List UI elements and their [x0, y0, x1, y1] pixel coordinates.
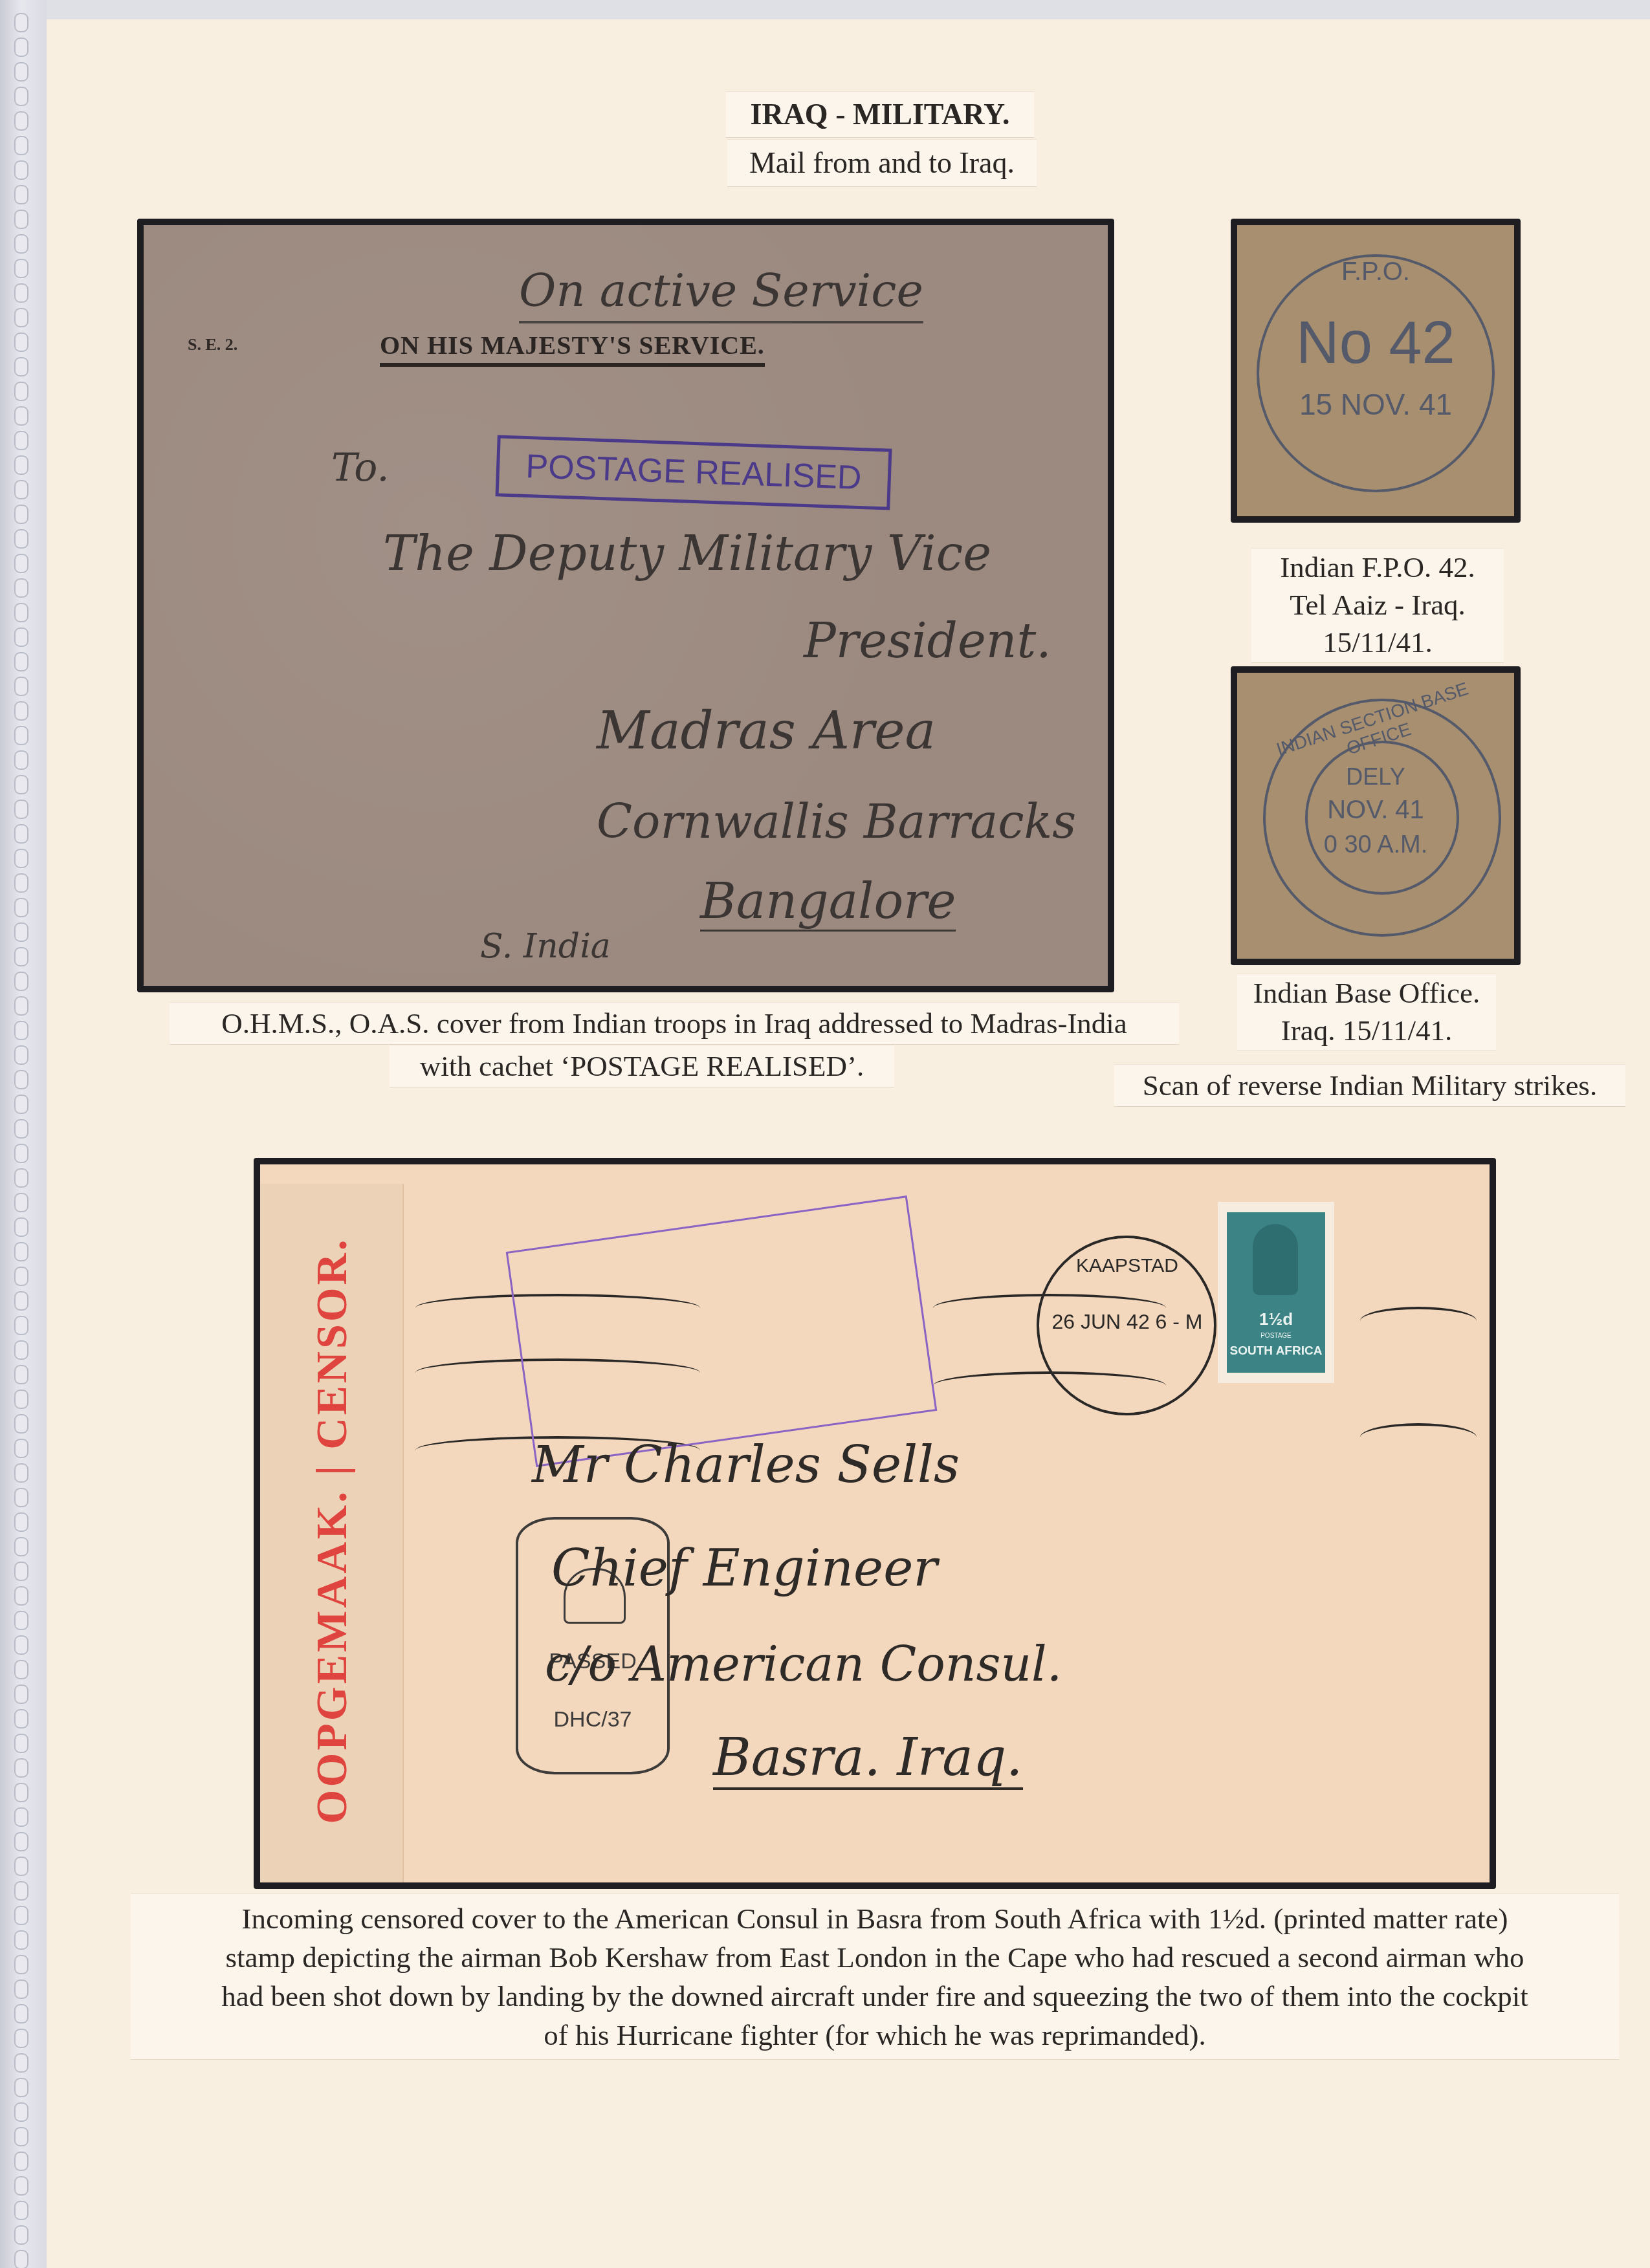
binder-hole	[14, 1021, 28, 1040]
cover1-address-line: Cornwallis Barracks	[597, 794, 1076, 849]
binder-hole	[14, 554, 28, 573]
binder-hole	[14, 996, 28, 1016]
binder-hole	[14, 38, 28, 57]
strikes-note: Scan of reverse Indian Military strikes.	[1114, 1065, 1625, 1106]
binder-hole	[14, 1783, 28, 1802]
binder-hole	[14, 2029, 28, 2048]
stamp-value: 1½d	[1227, 1309, 1325, 1329]
binder-hole	[14, 1832, 28, 1851]
binder-hole	[14, 2250, 28, 2268]
binder-hole	[14, 283, 28, 303]
binder-hole	[14, 1881, 28, 1901]
violet-censor-handstamp	[506, 1195, 938, 1467]
binder-hole	[14, 1144, 28, 1163]
binder-hole	[14, 1316, 28, 1335]
binder-hole	[14, 603, 28, 622]
cover1-ohms-heading: ON HIS MAJESTY'S SERVICE.	[380, 330, 765, 367]
stamp-postage-label: POSTAGE	[1227, 1333, 1325, 1340]
binder-hole	[14, 1070, 28, 1089]
binder-hole	[14, 480, 28, 499]
cover1-form-code: S. E. 2.	[188, 335, 237, 354]
binder-hole	[14, 1562, 28, 1581]
strike2-postmark-date: NOV. 41	[1237, 796, 1514, 825]
binder-hole	[14, 333, 28, 352]
cancel-wave-line	[1360, 1307, 1477, 1335]
binder-hole	[14, 382, 28, 401]
binder-hole	[14, 1685, 28, 1704]
binder-hole	[14, 1340, 28, 1360]
strike2-caption: Indian Base Office. Iraq. 15/11/41.	[1237, 974, 1496, 1051]
binder-hole	[14, 210, 28, 229]
binder-hole	[14, 1660, 28, 1679]
cover1-address-line: The Deputy Military Vice	[383, 526, 991, 582]
binder-hole	[14, 1537, 28, 1556]
cover1-address-line: S. India	[480, 927, 611, 966]
binder-hole	[14, 406, 28, 426]
binder-hole	[14, 1611, 28, 1630]
binder-hole	[14, 505, 28, 524]
binder-hole	[14, 1709, 28, 1728]
page-title-label: IRAQ - MILITARY.	[726, 92, 1034, 137]
binder-hole	[14, 2004, 28, 2023]
binder-hole	[14, 677, 28, 696]
binder-hole	[14, 1488, 28, 1507]
binder-hole	[14, 160, 28, 180]
binder-strip	[0, 0, 47, 2268]
cover1-mount: On active Service S. E. 2. ON HIS MAJEST…	[137, 219, 1114, 992]
binder-hole	[14, 2176, 28, 2196]
binder-hole	[14, 2053, 28, 2073]
binder-hole	[14, 1906, 28, 1925]
binder-hole	[14, 1390, 28, 1409]
stamp-country: SOUTH AFRICA	[1227, 1344, 1325, 1358]
binder-hole	[14, 1365, 28, 1384]
binder-hole	[14, 800, 28, 819]
cover1-caption-line2: with cachet ‘POSTAGE REALISED’.	[390, 1045, 894, 1087]
binder-hole	[14, 455, 28, 475]
binder-hole	[14, 1586, 28, 1606]
binder-hole	[14, 431, 28, 450]
binder-hole	[14, 1193, 28, 1212]
strike2-mount: INDIAN SECTION BASE OFFICE DELY NOV. 41 …	[1231, 666, 1521, 965]
binder-hole	[14, 1267, 28, 1286]
binder-hole	[14, 873, 28, 893]
binder-hole	[14, 2078, 28, 2097]
binder-hole	[14, 922, 28, 942]
strike1-postmark-number: No 42	[1237, 309, 1514, 377]
binder-hole	[14, 1979, 28, 1999]
binder-hole	[14, 578, 28, 598]
binder-hole	[14, 652, 28, 671]
binder-hole	[14, 726, 28, 745]
page-subtitle: Mail from and to Iraq.	[727, 140, 1037, 186]
binder-hole	[14, 775, 28, 794]
binder-hole	[14, 1857, 28, 1876]
binder-hole	[14, 947, 28, 966]
strike1-caption: Indian F.P.O. 42. Tel Aaiz - Iraq. 15/11…	[1251, 549, 1504, 662]
binder-hole	[14, 62, 28, 82]
binder-hole	[14, 849, 28, 868]
binder-hole	[14, 185, 28, 204]
censor-tape: OOPGEMAAK. | CENSOR.	[260, 1184, 404, 1882]
page-title: IRAQ - MILITARY.	[726, 92, 1034, 137]
cover1-address-to: To.	[331, 445, 390, 490]
binder-hole	[14, 2152, 28, 2171]
binder-hole	[14, 234, 28, 254]
cover1-postage-realised-cachet: POSTAGE REALISED	[496, 435, 892, 510]
binder-hole	[14, 1635, 28, 1655]
strike1-postmark-date: 15 NOV. 41	[1237, 387, 1514, 422]
binder-hole	[14, 2102, 28, 2122]
binder-hole	[14, 1242, 28, 1261]
binder-hole	[14, 701, 28, 721]
binder-hole	[14, 87, 28, 106]
binder-hole	[14, 972, 28, 991]
cover1-address-line: President.	[804, 613, 1051, 669]
binder-hole	[14, 2127, 28, 2146]
south-africa-stamp: 1½d POSTAGE SOUTH AFRICA	[1218, 1202, 1334, 1383]
binder-hole	[14, 824, 28, 844]
strike1-piece: F.P.O. No 42 15 NOV. 41	[1237, 225, 1514, 516]
binder-hole	[14, 1217, 28, 1237]
binder-hole	[14, 13, 28, 32]
strike2-piece: INDIAN SECTION BASE OFFICE DELY NOV. 41 …	[1237, 673, 1514, 959]
cover1-envelope: On active Service S. E. 2. ON HIS MAJEST…	[144, 225, 1108, 986]
cancel-wave-line	[1360, 1423, 1477, 1452]
binder-hole	[14, 1463, 28, 1483]
cover2-envelope: OOPGEMAAK. | CENSOR. KAAPSTAD 26 JUN 42 …	[260, 1164, 1490, 1882]
album-page: IRAQ - MILITARY. Mail from and to Iraq. …	[47, 19, 1650, 2268]
page-subtitle-label: Mail from and to Iraq.	[727, 140, 1037, 186]
kaapstad-postmark-date: 26 JUN 42 6 - M	[1024, 1310, 1231, 1334]
binder-hole	[14, 308, 28, 327]
cover1-caption-line1: O.H.M.S., O.A.S. cover from Indian troop…	[170, 1003, 1179, 1044]
binder-hole	[14, 529, 28, 549]
binder-hole	[14, 1168, 28, 1188]
cover1-handwritten-heading: On active Service	[519, 264, 923, 323]
stamp-image: 1½d POSTAGE SOUTH AFRICA	[1227, 1212, 1325, 1373]
cover2-address-line: c/o American Consul.	[545, 1637, 1062, 1692]
strike1-postmark-top: F.P.O.	[1237, 257, 1514, 287]
binder-hole	[14, 1095, 28, 1114]
binder-hole	[14, 1930, 28, 1950]
cover1-address-line: Bangalore	[700, 872, 956, 932]
binder-hole	[14, 2225, 28, 2245]
binder-hole	[14, 1734, 28, 1753]
binder-hole	[14, 898, 28, 917]
kaapstad-postmark-town: KAAPSTAD	[1050, 1255, 1205, 1277]
airman-portrait-icon	[1253, 1224, 1298, 1295]
cover2-address-line: Mr Charles Sells	[532, 1436, 960, 1494]
binder-hole	[14, 750, 28, 770]
strike2-postmark-time: 0 30 A.M.	[1237, 831, 1514, 859]
binder-hole	[14, 1119, 28, 1139]
cover2-mount: OOPGEMAAK. | CENSOR. KAAPSTAD 26 JUN 42 …	[254, 1158, 1496, 1889]
binder-hole	[14, 1045, 28, 1065]
binder-hole	[14, 1955, 28, 1974]
binder-hole	[14, 1414, 28, 1434]
cover2-caption: Incoming censored cover to the American …	[131, 1894, 1619, 2059]
strike1-mount: F.P.O. No 42 15 NOV. 41	[1231, 219, 1521, 523]
passed-mark-line2: DHC/37	[518, 1707, 667, 1732]
binder-hole	[14, 1807, 28, 1827]
cover2-address-line: Basra. Iraq.	[713, 1727, 1023, 1790]
binder-hole	[14, 136, 28, 155]
cover1-address-line: Madras Area	[597, 701, 936, 761]
binder-hole	[14, 1439, 28, 1458]
binder-hole	[14, 2201, 28, 2220]
binder-hole	[14, 1291, 28, 1311]
cover2-address-line: Chief Engineer	[551, 1540, 938, 1598]
censor-tape-label: OOPGEMAAK. | CENSOR.	[306, 1242, 357, 1824]
binder-hole	[14, 259, 28, 278]
binder-hole	[14, 1512, 28, 1532]
binder-hole	[14, 1758, 28, 1778]
binder-hole	[14, 627, 28, 647]
binder-hole	[14, 111, 28, 131]
binder-hole	[14, 357, 28, 376]
strike2-postmark-type: DELY	[1237, 763, 1514, 791]
